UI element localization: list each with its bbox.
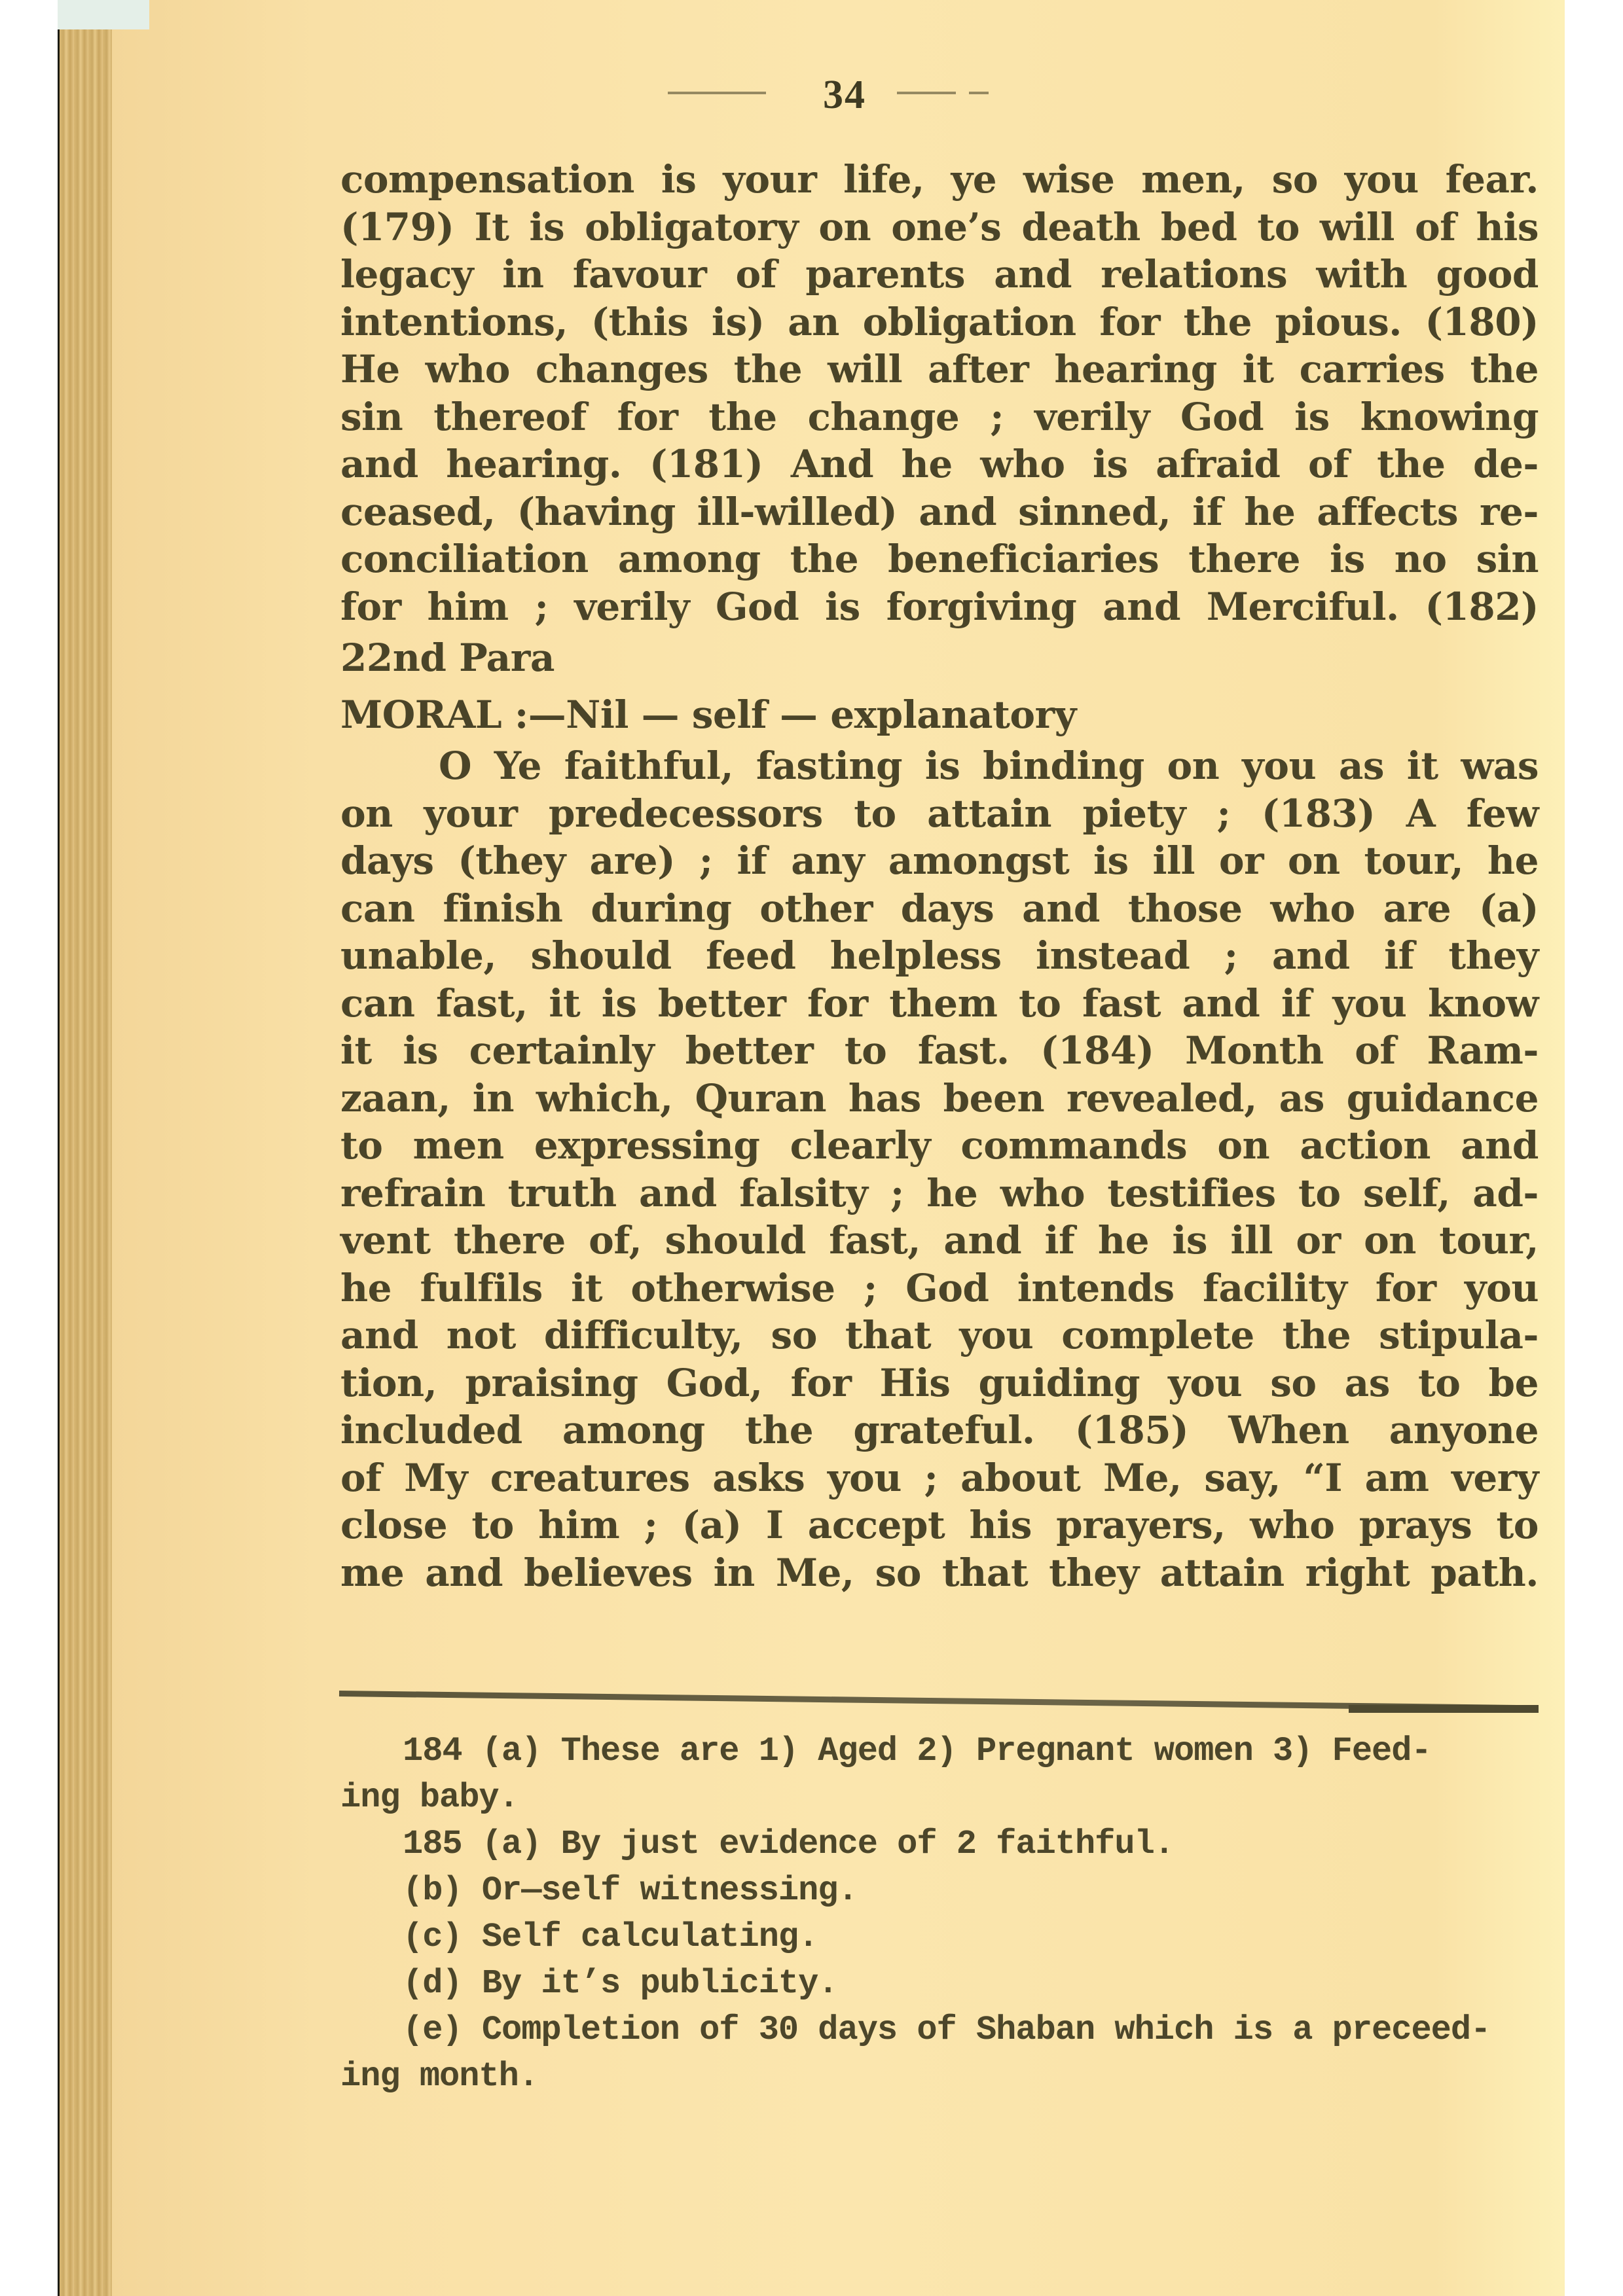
text-line: on your predecessors to attain piety ; (… <box>340 790 1539 838</box>
text-line: he fulfils it otherwise ; God intends fa… <box>340 1265 1539 1312</box>
text-line: tion, praising God, for His guiding you … <box>340 1359 1539 1407</box>
footnote-185e: (e) Completion of 30 days of Shaban whic… <box>340 2007 1539 2053</box>
text-line: zaan, in which, Quran has been revealed,… <box>340 1075 1539 1122</box>
text-line: compensation is your life, ye wise men, … <box>340 156 1539 204</box>
text-line: days (they are) ; if any amongst is ill … <box>340 837 1539 885</box>
text-line: He who changes the will after hearing it… <box>340 346 1539 393</box>
footnote-185a: 185 (a) By just evidence of 2 faithful. <box>340 1821 1539 1867</box>
text-line: legacy in favour of parents and relation… <box>340 251 1539 298</box>
header-ornament-left <box>668 92 766 94</box>
text-line: vent there of, should fast, and if he is… <box>340 1217 1539 1265</box>
moral-heading: MORAL :—Nil — self — explanatory <box>340 691 1539 739</box>
text-line: ceased, (having ill-willed) and sinned, … <box>340 488 1539 536</box>
footnote-divider-end <box>1349 1705 1539 1713</box>
header-ornament-right-2 <box>969 92 989 94</box>
text-line: and hearing. (181) And he who is afraid … <box>340 440 1539 488</box>
text-line: close to him ; (a) I accept his prayers,… <box>340 1501 1539 1549</box>
text-line: included among the grateful. (185) When … <box>340 1407 1539 1454</box>
text-line: and not difficulty, so that you complete… <box>340 1312 1539 1359</box>
text-line: (179) It is obligatory on one’s death be… <box>340 204 1539 251</box>
text-line: for him ; verily God is forgiving and Me… <box>340 583 1539 631</box>
page-corner <box>58 0 149 29</box>
footnote-184a-cont: ing baby. <box>340 1774 1539 1821</box>
text-line: it is certainly better to fast. (184) Mo… <box>340 1027 1539 1075</box>
footnote-185d: (d) By it’s publicity. <box>340 1960 1539 2007</box>
footnotes: 184 (a) These are 1) Aged 2) Pregnant wo… <box>340 1728 1539 2100</box>
text-line: intentions, (this is) an obligation for … <box>340 298 1539 346</box>
text-line: refrain truth and falsity ; he who testi… <box>340 1170 1539 1217</box>
footnote-185b: (b) Or—self witnessing. <box>340 1867 1539 1914</box>
footnote-184a: 184 (a) These are 1) Aged 2) Pregnant wo… <box>340 1728 1539 1774</box>
text-line: to men expressing clearly commands on ac… <box>340 1122 1539 1170</box>
text-line: of My creatures asks you ; about Me, say… <box>340 1454 1539 1502</box>
text-line: conciliation among the beneficiaries the… <box>340 535 1539 583</box>
text-line: can finish during other days and those w… <box>340 885 1539 933</box>
text-line: sin thereof for the change ; verily God … <box>340 393 1539 441</box>
page-header: 34 <box>681 72 1008 118</box>
header-ornament-right <box>897 92 956 94</box>
text-line: can fast, it is better for them to fast … <box>340 980 1539 1028</box>
footnote-185e-cont: ing month. <box>340 2053 1539 2100</box>
text-line: me and believes in Me, so that they atta… <box>340 1549 1539 1597</box>
section-title: 22nd Para <box>340 634 1539 682</box>
footnote-185c: (c) Self calculating. <box>340 1914 1539 1960</box>
page-edge-stack <box>58 26 112 2296</box>
text-line: unable, should feed helpless instead ; a… <box>340 932 1539 980</box>
page-number: 34 <box>823 73 866 117</box>
main-text: compensation is your life, ye wise men, … <box>340 156 1539 1596</box>
text-line: O Ye faithful, fasting is binding on you… <box>340 742 1539 790</box>
